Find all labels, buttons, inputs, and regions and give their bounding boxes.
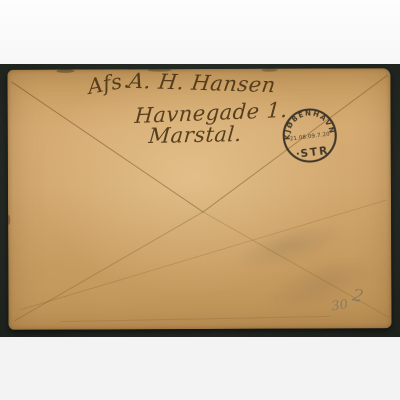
postmark-cancel-stamp: KJØBENHAVN 21.08.09.7.20 • STR: [274, 100, 346, 172]
photo-margin-top: [0, 0, 400, 64]
postmark-date-text: 21.08.09.7.20: [290, 131, 331, 142]
photo-mat-background: Afs. A. H. Hansen Havnegade 1. Marstal. …: [0, 64, 400, 337]
sender-name-handwriting: A. H. Hansen: [127, 69, 277, 97]
envelope-back-photo: Afs. A. H. Hansen Havnegade 1. Marstal. …: [7, 68, 391, 330]
sender-city-handwriting: Marstal.: [148, 122, 243, 148]
photo-canvas: Afs. A. H. Hansen Havnegade 1. Marstal. …: [0, 0, 400, 400]
pencil-dealer-note-left: 30: [330, 297, 349, 314]
postmark-office-text: STR: [300, 145, 330, 161]
photo-margin-bottom: [0, 337, 400, 400]
